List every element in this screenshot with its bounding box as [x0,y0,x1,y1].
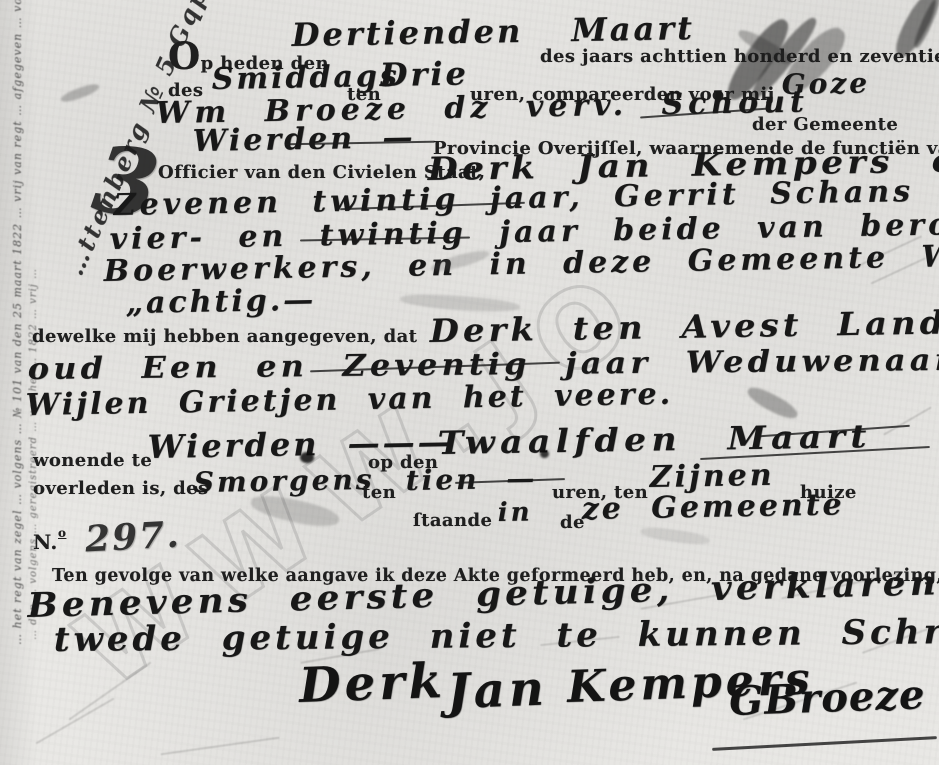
pencil-hatch [883,406,932,435]
handwritten-death-date: Twaalfden Maart [437,417,872,462]
handwritten-text: in [497,497,532,528]
signature-underline-stroke [712,736,937,751]
ink-smudge [640,525,711,547]
handwritten-closing-line-2: twede getuige niet te kunnen Schrijven. [54,611,939,660]
printed-text: der Gemeente [752,114,898,135]
handwritten-municipality: Wierden — [192,120,415,159]
record-number-label: N. [33,530,58,554]
ink-blot [540,450,549,458]
signature-broeze: GBroeze [728,671,926,725]
handwritten-residence-line: „achtig.— [125,283,316,321]
printed-text: ſtaande [413,510,492,531]
pencil-hatch [36,698,115,745]
ink-smudge [744,383,800,423]
record-number: 297. [84,514,182,561]
signature-derk: Derk [298,653,447,714]
handwritten-hour: Drie [379,54,469,94]
death-record-scan: WWW.JO … het regt van zegel … volgens … … [0,0,939,765]
printed-text: wonende te [33,450,152,471]
printed-text: dewelke mij hebben aangegeven, dat [32,326,417,347]
printed-text: ten [362,482,396,503]
record-number-sup: o [58,526,66,540]
printed-text: overleden is, des [33,478,209,499]
margin-note-column-1: … het regt van zegel … volgens … № 101 v… [11,0,24,645]
handwritten-text: ze Gemeente [581,487,845,527]
ink-smudge [59,81,100,104]
handwritten-death-daypart: Smorgens [193,463,374,499]
signature-jan: Jan [446,661,549,720]
pencil-hatch [160,737,279,756]
ink-blot [300,452,314,463]
